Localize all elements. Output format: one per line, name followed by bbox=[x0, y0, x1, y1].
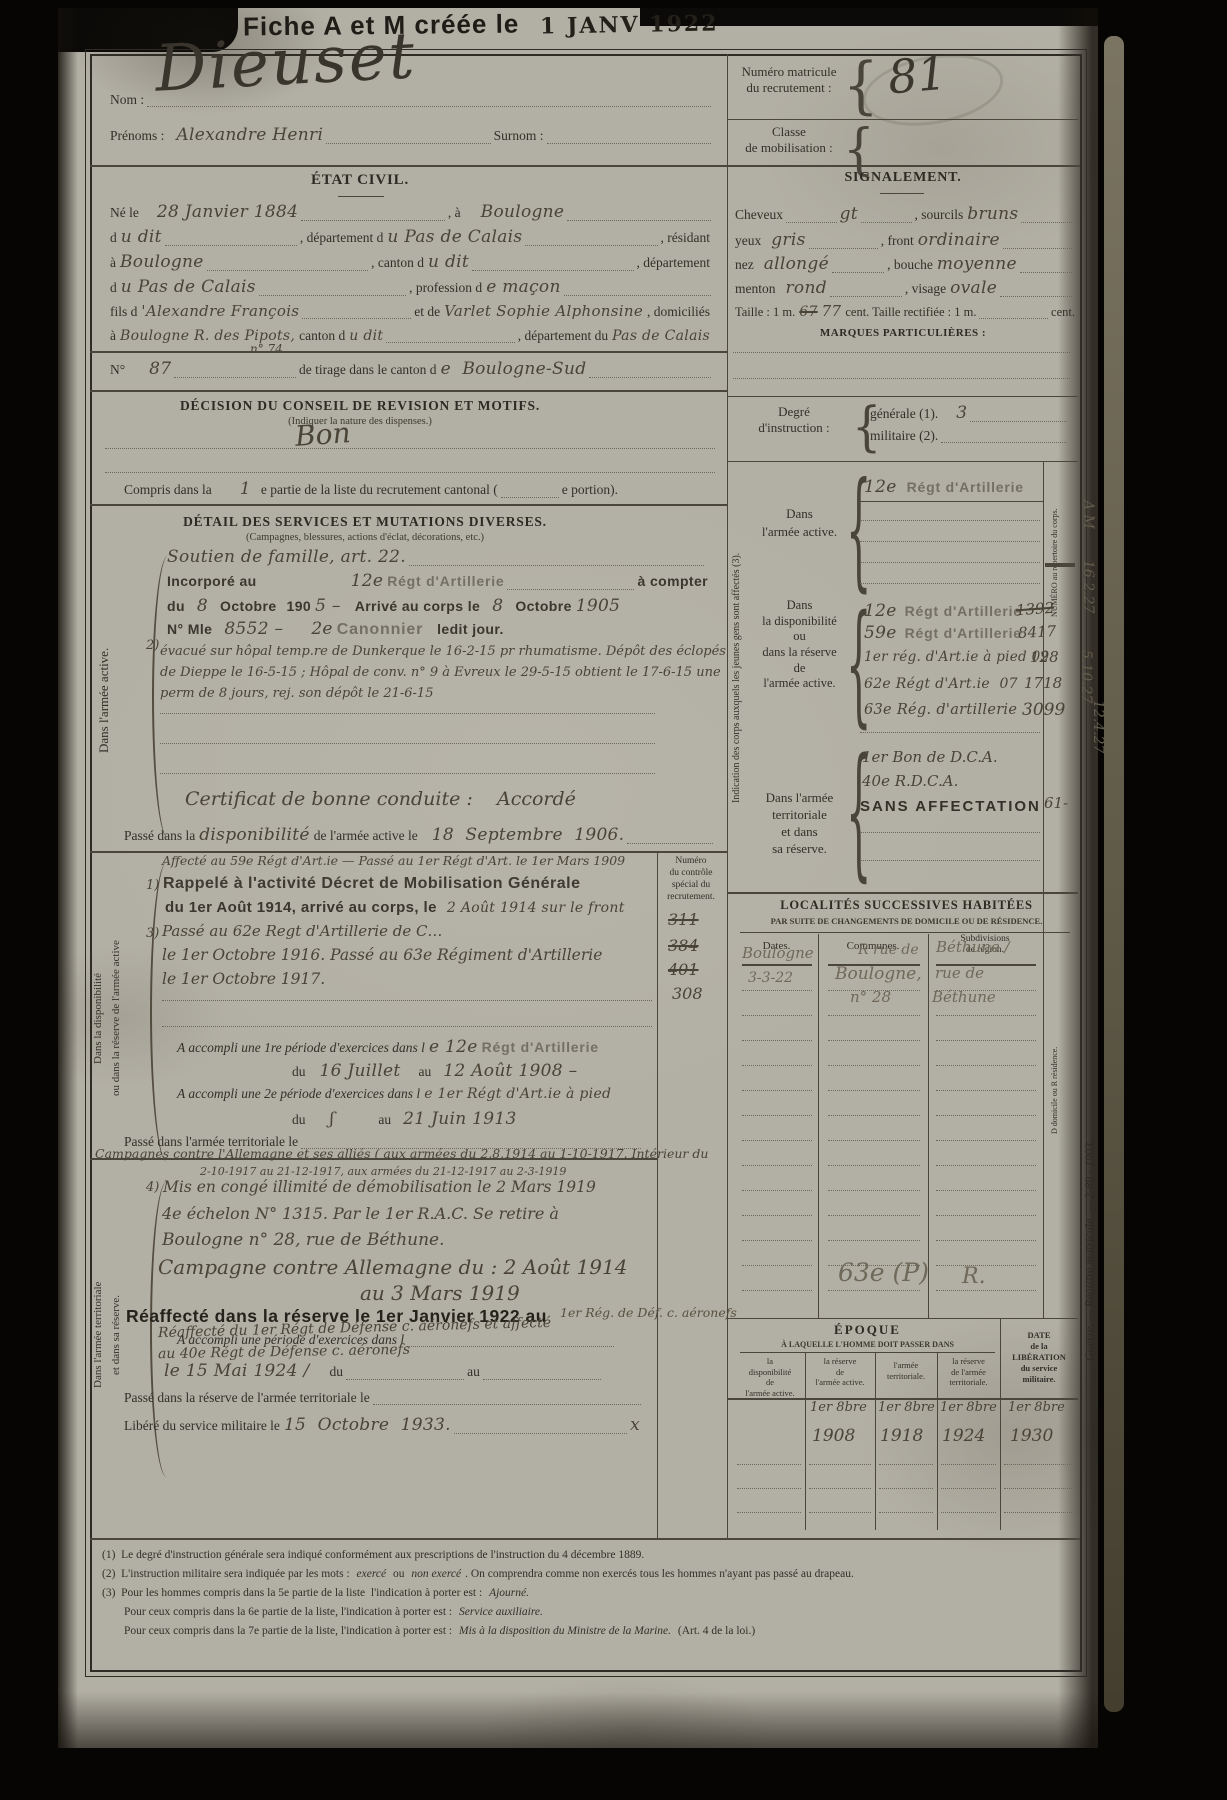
epoque-value: 1er 8bre bbox=[878, 1400, 935, 1415]
localites-empty-cell bbox=[936, 1015, 1036, 1016]
spacer bbox=[420, 839, 430, 840]
passe-disponibilite-line: Passé dans ladisponibilitéde l'armée act… bbox=[122, 826, 714, 846]
dotted-leader bbox=[830, 282, 902, 297]
handwritten-text: u dit bbox=[349, 328, 383, 344]
printed-text: Né le bbox=[110, 205, 139, 222]
book-page-edge bbox=[1104, 36, 1124, 1712]
spacer bbox=[187, 610, 195, 611]
handwritten-text: 16 Juillet bbox=[320, 1062, 401, 1082]
dotted-leader bbox=[454, 1419, 627, 1434]
handwritten-text: disponibilité bbox=[199, 826, 310, 846]
printed-text: Surnom : bbox=[494, 128, 544, 145]
localites-empty-cell bbox=[742, 1265, 812, 1266]
empty-line bbox=[860, 860, 1040, 861]
instruction-generale: générale (1).3 bbox=[868, 404, 1068, 424]
handwritten-text: e 12e bbox=[429, 1038, 478, 1058]
corps-indication-label: Indication des corps auxquels les jeunes… bbox=[731, 465, 742, 890]
stamp-text: Octobre bbox=[515, 599, 571, 614]
spacer bbox=[393, 1123, 401, 1124]
handwritten-text: 63e Rég. d'artillerie bbox=[864, 702, 1017, 719]
repertoire-number: 61- bbox=[1044, 794, 1068, 812]
localites-empty-cell bbox=[742, 1165, 812, 1166]
dotted-leader bbox=[786, 208, 837, 223]
localites-empty-cell bbox=[742, 990, 812, 991]
arrivee-line: du8Octobre1905 –Arrivé au corps le8Octob… bbox=[165, 597, 710, 617]
empty-line bbox=[105, 448, 715, 449]
printed-text: cent. bbox=[1051, 305, 1075, 321]
localites-empty-cell bbox=[742, 1140, 812, 1141]
stamp-text: du 1er Août 1914, arrivé au corps, le bbox=[165, 900, 437, 917]
tirage-line: N°87de tirage dans le canton de Boulogne… bbox=[108, 360, 712, 380]
section-label-territoriale-2: et dans sa réserve. bbox=[110, 1190, 122, 1480]
printed-text: du bbox=[292, 1112, 306, 1129]
epoque-empty-cell bbox=[1004, 1464, 1074, 1465]
note-number: 1) bbox=[146, 878, 159, 893]
empty-line bbox=[160, 743, 655, 744]
localite-entry: R rue de bbox=[858, 942, 919, 958]
handwritten-text: 62e Régt d'Art.ie 07 bbox=[864, 676, 1018, 692]
printed-text: et de bbox=[414, 304, 440, 321]
epoque-title: ÉPOQUE bbox=[735, 1322, 1000, 1338]
stamp-text: Incorporé au bbox=[167, 574, 257, 589]
dotted-leader bbox=[809, 234, 878, 249]
localites-empty-cell bbox=[936, 1190, 1036, 1191]
spacer bbox=[899, 615, 903, 616]
epoque-value: 1908 bbox=[812, 1426, 855, 1446]
dotted-leader bbox=[627, 829, 713, 844]
dotted-leader bbox=[259, 281, 406, 296]
rule bbox=[90, 165, 1080, 167]
prenoms-field: Prénoms :Alexandre HenriSurnom : bbox=[108, 126, 712, 146]
epoque-empty-cell bbox=[737, 1512, 801, 1513]
spacer bbox=[259, 585, 349, 586]
services-title: DÉTAIL DES SERVICES ET MUTATIONS DIVERSE… bbox=[130, 514, 600, 530]
empty-line bbox=[105, 472, 715, 473]
stamp-text: N° Mle bbox=[167, 622, 212, 637]
passe-63e-line: le 1er Octobre 1916. Passé au 63e Régime… bbox=[162, 946, 602, 964]
handwritten-text: 87 bbox=[149, 360, 171, 380]
dotted-leader bbox=[861, 208, 912, 223]
printed-text: , résidant bbox=[661, 230, 711, 247]
empty-line bbox=[733, 352, 1070, 353]
dotted-leader bbox=[525, 231, 657, 246]
matricule-number: 81 bbox=[886, 46, 949, 105]
localites-empty-cell bbox=[742, 1090, 812, 1091]
parents-line: fils d'Alexandre Françoiset deVarlet Sop… bbox=[108, 303, 712, 321]
campagnes-note-2: 2-10-1917 au 21-12-1917, aux armées du 2… bbox=[200, 1165, 566, 1178]
handwritten-text: Pas de Calais bbox=[612, 328, 710, 344]
compris-line: Compris dans la1e partie de la liste du … bbox=[122, 480, 714, 500]
localites-empty-cell bbox=[828, 1065, 920, 1066]
dotted-leader bbox=[941, 428, 1067, 443]
localites-empty-cell bbox=[828, 1015, 920, 1016]
rule bbox=[740, 932, 1070, 933]
du-au-line: le 15 Mai 1924 /duau bbox=[162, 1362, 602, 1382]
spacer bbox=[463, 216, 479, 217]
rule bbox=[1045, 563, 1075, 567]
aout-1914-line: du 1er Août 1914, arrivé au corps, le2 A… bbox=[163, 900, 703, 917]
spacer bbox=[279, 610, 285, 611]
profession-line: du Pas de Calais, profession de maçon bbox=[108, 278, 712, 298]
handwritten-text: 1905 bbox=[576, 597, 620, 617]
handwritten-text: Boulogne bbox=[481, 203, 565, 223]
menton-line: mentonrond, visageovale bbox=[733, 279, 1073, 299]
dotted-leader bbox=[483, 1365, 601, 1380]
handwritten-text: 28 Janvier 1884 bbox=[157, 203, 298, 223]
printed-text: , front bbox=[881, 233, 914, 250]
handwritten-text: 77 bbox=[822, 303, 842, 320]
adresse-line: Boulogne n° 28, rue de Béthune. bbox=[162, 1230, 445, 1250]
residence-line: àBoulogne, canton du dit, département bbox=[108, 253, 712, 273]
note-number: 3) bbox=[146, 926, 159, 941]
localites-empty-cell bbox=[936, 1115, 1036, 1116]
rule bbox=[1043, 461, 1044, 1318]
localites-subtitle: PAR SUITE DE CHANGEMENTS DE DOMICILE OU … bbox=[735, 916, 1078, 926]
spacer bbox=[482, 610, 490, 611]
spacer bbox=[505, 610, 513, 611]
epoque-empty-cell bbox=[879, 1464, 933, 1465]
controle-number: 308 bbox=[672, 984, 703, 1003]
epoque-empty-cell bbox=[809, 1464, 871, 1465]
printed-text: , département d bbox=[300, 230, 384, 247]
spacer bbox=[308, 1075, 318, 1076]
rule bbox=[742, 964, 812, 966]
section-label-armee-active: Dans l'armée active. bbox=[96, 560, 112, 840]
section-label-disponibilite-1: Dans la disponibilité bbox=[92, 868, 104, 1168]
stamp-text: Arrivé au corps le bbox=[355, 599, 480, 614]
printed-text: de tirage dans le canton d bbox=[299, 362, 437, 379]
reaffecte-hand: 1er Rég. de Déf. c. aéronefs bbox=[560, 1305, 737, 1320]
handwritten-text: 8 bbox=[197, 597, 208, 617]
printed-text: d bbox=[110, 230, 117, 247]
nez-line: nezallongé, bouchemoyenne bbox=[733, 255, 1073, 275]
epoque-empty-cell bbox=[879, 1512, 933, 1513]
corps-terr-entry: 1er Bon de D.C.A. bbox=[862, 748, 998, 766]
spacer bbox=[778, 292, 784, 293]
domicile-line: àBoulogne R. des Pipots,canton du dit, d… bbox=[108, 328, 712, 345]
rule bbox=[727, 461, 1078, 462]
localites-empty-cell bbox=[742, 1290, 812, 1291]
printed-text: Prénoms : bbox=[110, 128, 164, 145]
date-liberation-header: DATE de la LIBÉRATION du service militai… bbox=[1000, 1330, 1078, 1385]
rule bbox=[1000, 1318, 1001, 1530]
corps-dispo-entry: 62e Régt d'Art.ie 07 bbox=[862, 676, 1042, 692]
dotted-leader bbox=[832, 258, 884, 273]
handwritten-text: 67 bbox=[799, 304, 817, 320]
localites-title: LOCALITÉS SUCCESSIVES HABITÉES bbox=[735, 898, 1078, 913]
spacer bbox=[210, 610, 218, 611]
printed-text: A accompli une 1re période d'exercices d… bbox=[177, 1040, 425, 1057]
printed-text: Mis à la disposition du Ministre de la M… bbox=[459, 1624, 671, 1638]
stamp-text: à compter bbox=[637, 574, 708, 589]
surname-handwritten: Dieuset bbox=[153, 19, 418, 107]
echelon-line: 4e échelon N° 1315. Par le 1er R.A.C. Se… bbox=[162, 1204, 559, 1223]
localite-entry: Boulogne, bbox=[835, 964, 922, 984]
dotted-leader bbox=[174, 363, 296, 378]
printed-text: Pour ceux compris dans la 6e partie de l… bbox=[124, 1605, 455, 1619]
spacer bbox=[312, 1375, 328, 1376]
classe-label: Classe de mobilisation : bbox=[733, 124, 845, 156]
dotted-leader bbox=[407, 1332, 614, 1347]
localites-empty-cell bbox=[742, 1240, 812, 1241]
spacer bbox=[403, 1075, 417, 1076]
handwritten-text: u Pas de Calais bbox=[121, 278, 256, 298]
localites-empty-cell bbox=[742, 1065, 812, 1066]
empty-line bbox=[860, 832, 1040, 833]
spacer bbox=[433, 1075, 441, 1076]
handwritten-text: bruns bbox=[967, 205, 1018, 225]
localites-empty-cell bbox=[936, 1040, 1036, 1041]
brace-decoration: { bbox=[843, 122, 875, 177]
epoque-empty-cell bbox=[809, 1488, 871, 1489]
localites-empty-cell bbox=[936, 990, 1036, 991]
epoque-col-header: l'armée territoriale. bbox=[875, 1360, 937, 1381]
handwritten-text: e 1er Régt d'Art.ie à pied bbox=[424, 1086, 611, 1102]
canton-line: du dit, département du Pas de Calais, ré… bbox=[108, 228, 712, 248]
sans-affectation-stamp: SANS AFFECTATION bbox=[860, 798, 1041, 815]
stamp-text: Régt d'Artillerie bbox=[907, 480, 1024, 495]
domicile-residence-label: D domicile ou R résidence. bbox=[1050, 950, 1059, 1230]
etat-civil-title: ÉTAT CIVIL. bbox=[130, 172, 590, 189]
handwritten-text: x bbox=[630, 1416, 640, 1436]
dotted-leader bbox=[207, 256, 369, 271]
printed-text: , canton d bbox=[371, 255, 424, 272]
handwritten-text: 1er rég. d'Art.ie à pied 09 bbox=[864, 650, 1049, 666]
dotted-leader bbox=[409, 551, 704, 566]
localites-empty-cell bbox=[828, 1165, 920, 1166]
epoque-empty-cell bbox=[879, 1488, 933, 1489]
printed-text: Pour ceux compris dans la 7e partie de l… bbox=[124, 1624, 455, 1638]
printed-text: exercé bbox=[357, 1567, 387, 1581]
epoque-empty-cell bbox=[809, 1512, 871, 1513]
printed-text: e portion). bbox=[562, 482, 618, 499]
localites-empty-cell bbox=[828, 1240, 920, 1241]
handwritten-text: Alexandre Henri bbox=[176, 126, 323, 146]
handwritten-text: u dit bbox=[428, 253, 469, 273]
rule bbox=[727, 1318, 1078, 1319]
localites-empty-cell bbox=[936, 1090, 1036, 1091]
handwritten-text: le 15 Mai 1924 / bbox=[164, 1362, 310, 1382]
handwritten-text: 3 bbox=[956, 404, 967, 424]
printed-text: Passé dans la réserve de l'armée territo… bbox=[124, 1390, 370, 1407]
empty-line bbox=[860, 541, 1040, 542]
dotted-leader bbox=[1000, 282, 1072, 297]
campagne-fin-line: au 3 Mars 1919 bbox=[360, 1281, 520, 1305]
dotted-leader bbox=[302, 304, 411, 319]
dotted-leader bbox=[970, 407, 1067, 422]
footnote: (1) Le degré d'instruction générale sera… bbox=[100, 1548, 1075, 1562]
dotted-leader bbox=[346, 1365, 464, 1380]
periode-1-line: A accompli une 1re période d'exercices d… bbox=[175, 1038, 653, 1058]
localite-entry: Béthune / bbox=[936, 938, 1010, 956]
handwritten-text: Soutien de famille, art. 22. bbox=[167, 548, 406, 568]
spacer bbox=[214, 633, 222, 634]
handwritten-text: moyenne bbox=[937, 255, 1017, 275]
demobilisation-line: Mis en congé illimité de démobilisation … bbox=[163, 1178, 596, 1196]
spacer bbox=[336, 1123, 376, 1124]
handwritten-text: 18 Septembre 1906. bbox=[432, 826, 625, 846]
decision-subtitle: (Indiquer la nature des dispenses.) bbox=[130, 416, 590, 427]
spacer bbox=[439, 911, 445, 912]
handwritten-text: 12 Août 1908 – bbox=[443, 1062, 577, 1082]
handwritten-text: 2e bbox=[311, 620, 332, 640]
rule bbox=[740, 1352, 995, 1353]
affectation-1909-line: Affecté au 59e Régt d'Art.ie — Passé au … bbox=[162, 853, 625, 868]
localites-empty-cell bbox=[936, 1265, 1036, 1266]
printed-text: d bbox=[110, 280, 117, 297]
printed-text: militaire (2). bbox=[870, 428, 938, 445]
rule bbox=[90, 504, 727, 506]
pencil-annotation: R. bbox=[962, 1264, 986, 1289]
handwritten-text: 8552 – bbox=[224, 620, 283, 640]
printed-text: au bbox=[419, 1064, 432, 1081]
printed-text: N° bbox=[110, 362, 125, 379]
printed-text: , département bbox=[637, 255, 710, 272]
campagne-allemagne-line: Campagne contre Allemagne du : 2 Août 19… bbox=[158, 1255, 627, 1279]
cheveux-line: Cheveuxgt, sourcilsbruns bbox=[733, 205, 1073, 225]
footnote: (2) L'instruction militaire sera indiqué… bbox=[100, 1567, 1075, 1581]
services-subtitle: (Campagnes, blessures, actions d'éclat, … bbox=[130, 532, 600, 543]
hospital-note-2: de Dieppe le 16-5-15 ; Hôpal de conv. n°… bbox=[160, 665, 721, 680]
localites-empty-cell bbox=[828, 1290, 920, 1291]
campagnes-note-1: Campagnes contre l'Allemagne et ses alli… bbox=[95, 1146, 708, 1161]
dotted-leader bbox=[589, 363, 711, 378]
handwritten-text: Boulogne bbox=[120, 253, 204, 273]
rule bbox=[727, 396, 1078, 397]
dotted-leader bbox=[507, 575, 634, 590]
dotted-leader bbox=[567, 206, 711, 221]
controle-header: Numéro du contrôle spécial du recrutemen… bbox=[659, 856, 723, 904]
epoque-col-header: la disponibilité de l'armée active. bbox=[735, 1356, 805, 1399]
handwritten-text: 5 – bbox=[315, 597, 341, 617]
printed-text: (1) Le degré d'instruction générale sera… bbox=[102, 1548, 644, 1562]
printed-text: cent. Taille rectifiée : 1 m. bbox=[845, 305, 976, 321]
localites-empty-cell bbox=[828, 990, 920, 991]
yeux-line: yeuxgris, frontordinaire bbox=[733, 231, 1073, 251]
printed-text: non exercé bbox=[411, 1567, 461, 1581]
handwritten-text: 'Alexandre François bbox=[141, 303, 299, 320]
printer-caption: Guerre. — Registre matricule. — 2-89 - 1… bbox=[1082, 1080, 1097, 1420]
printed-text: canton d bbox=[299, 328, 345, 345]
footnote: Pour ceux compris dans la 7e partie de l… bbox=[122, 1624, 1075, 1638]
localite-entry: 3-3-22 bbox=[748, 970, 793, 986]
instruction-militaire: militaire (2). bbox=[868, 428, 1068, 445]
rule bbox=[875, 1352, 876, 1530]
rule bbox=[727, 54, 728, 1538]
printed-text: , visage bbox=[905, 281, 946, 298]
rule bbox=[657, 851, 658, 1538]
localite-entry: rue de bbox=[935, 964, 984, 982]
dotted-leader bbox=[472, 256, 634, 271]
printed-text: Service auxiliaire. bbox=[459, 1605, 543, 1619]
printed-text: A accompli une 2e période d'exercices da… bbox=[177, 1086, 420, 1103]
localites-empty-cell bbox=[936, 1290, 1036, 1291]
localite-entry: Boulogne bbox=[742, 944, 814, 962]
handwritten-text: allongé bbox=[764, 255, 829, 275]
corps-dispo-entry: 1er rég. d'Art.ie à pied 09 bbox=[862, 650, 1042, 666]
printed-text: , domiciliés bbox=[647, 304, 710, 321]
handwritten-text: u dit bbox=[121, 228, 162, 248]
dotted-leader bbox=[386, 328, 514, 343]
printed-text: à bbox=[110, 255, 116, 272]
dotted-leader bbox=[1003, 234, 1072, 249]
dotted-leader bbox=[501, 483, 559, 498]
printed-text: au bbox=[467, 1364, 480, 1381]
matricule-label: Numéro matricule du recrutement : bbox=[733, 64, 845, 96]
dotted-leader bbox=[979, 304, 1048, 319]
printed-text: du bbox=[292, 1064, 306, 1081]
localites-empty-cell bbox=[828, 1115, 920, 1116]
rule bbox=[818, 934, 819, 1318]
localites-empty-cell bbox=[828, 1090, 920, 1091]
spacer bbox=[343, 610, 353, 611]
spacer bbox=[253, 493, 259, 494]
periode-2-dates: duʃau21 Juin 1913 bbox=[290, 1110, 620, 1130]
printed-text: nez bbox=[735, 257, 754, 274]
note-number: 4) bbox=[146, 1180, 159, 1195]
handwritten-text: 12e bbox=[864, 602, 897, 622]
handwritten-text: 12e bbox=[351, 572, 384, 592]
epoque-empty-cell bbox=[1004, 1512, 1074, 1513]
handwritten-text: u Pas de Calais bbox=[387, 228, 522, 248]
epoque-value: 1er 8bre bbox=[810, 1400, 867, 1415]
corps-group-territoriale-label: Dans l'armée territoriale et dans sa rés… bbox=[752, 790, 847, 858]
street-number-note: n° 74 bbox=[250, 342, 283, 356]
localites-empty-cell bbox=[828, 1215, 920, 1216]
dotted-leader bbox=[564, 281, 711, 296]
printed-text: Taille : 1 m. bbox=[735, 305, 795, 321]
handwritten-text: 15 Octobre 1933. bbox=[284, 1416, 451, 1436]
stamp-text: Octobre bbox=[220, 599, 276, 614]
localites-empty-cell bbox=[742, 1015, 812, 1016]
stamp-text: Régt d'Artillerie bbox=[905, 604, 1022, 619]
empty-line bbox=[860, 520, 1040, 521]
corps-terr-entry: 40e R.D.C.A. bbox=[862, 772, 958, 790]
rule bbox=[805, 1352, 806, 1530]
handwritten-text: ovale bbox=[950, 279, 997, 299]
empty-line bbox=[733, 378, 1070, 379]
dotted-leader bbox=[326, 129, 490, 144]
instruction-label: Degré d'instruction : bbox=[740, 404, 848, 436]
dotted-leader bbox=[547, 129, 711, 144]
printed-text: , sourcils bbox=[915, 207, 964, 224]
margin-note: 12.4.27 bbox=[1090, 700, 1106, 810]
spacer bbox=[127, 373, 147, 374]
printed-text: Libéré du service militaire le bbox=[124, 1418, 280, 1435]
handwritten-text: e maçon bbox=[486, 278, 561, 298]
epoque-value: 1918 bbox=[880, 1426, 923, 1446]
localites-empty-cell bbox=[936, 1165, 1036, 1166]
spacer bbox=[899, 491, 905, 492]
stamp-text: du bbox=[167, 599, 185, 614]
signalement-title: SIGNALEMENT. bbox=[733, 170, 1073, 186]
localites-empty-cell bbox=[936, 1140, 1036, 1141]
stamp-text: 190 bbox=[287, 599, 312, 614]
periode-1-dates: du16 Juilletau12 Août 1908 – bbox=[290, 1062, 620, 1082]
page-left-shadow bbox=[58, 8, 78, 1748]
spacer bbox=[285, 633, 309, 634]
title-dash bbox=[880, 193, 924, 194]
incorpore-line: Incorporé au12eRégt d'Artillerieà compte… bbox=[165, 572, 710, 592]
matricule-corps-line: N° Mle8552 –2eCanonnierledit jour. bbox=[165, 620, 710, 640]
printed-text: de l'armée active le bbox=[314, 828, 418, 845]
spacer bbox=[425, 633, 435, 634]
localites-empty-cell bbox=[742, 1040, 812, 1041]
spacer bbox=[756, 268, 762, 269]
epoque-empty-cell bbox=[941, 1512, 996, 1513]
spacer bbox=[141, 216, 155, 217]
epoque-empty-cell bbox=[941, 1464, 996, 1465]
